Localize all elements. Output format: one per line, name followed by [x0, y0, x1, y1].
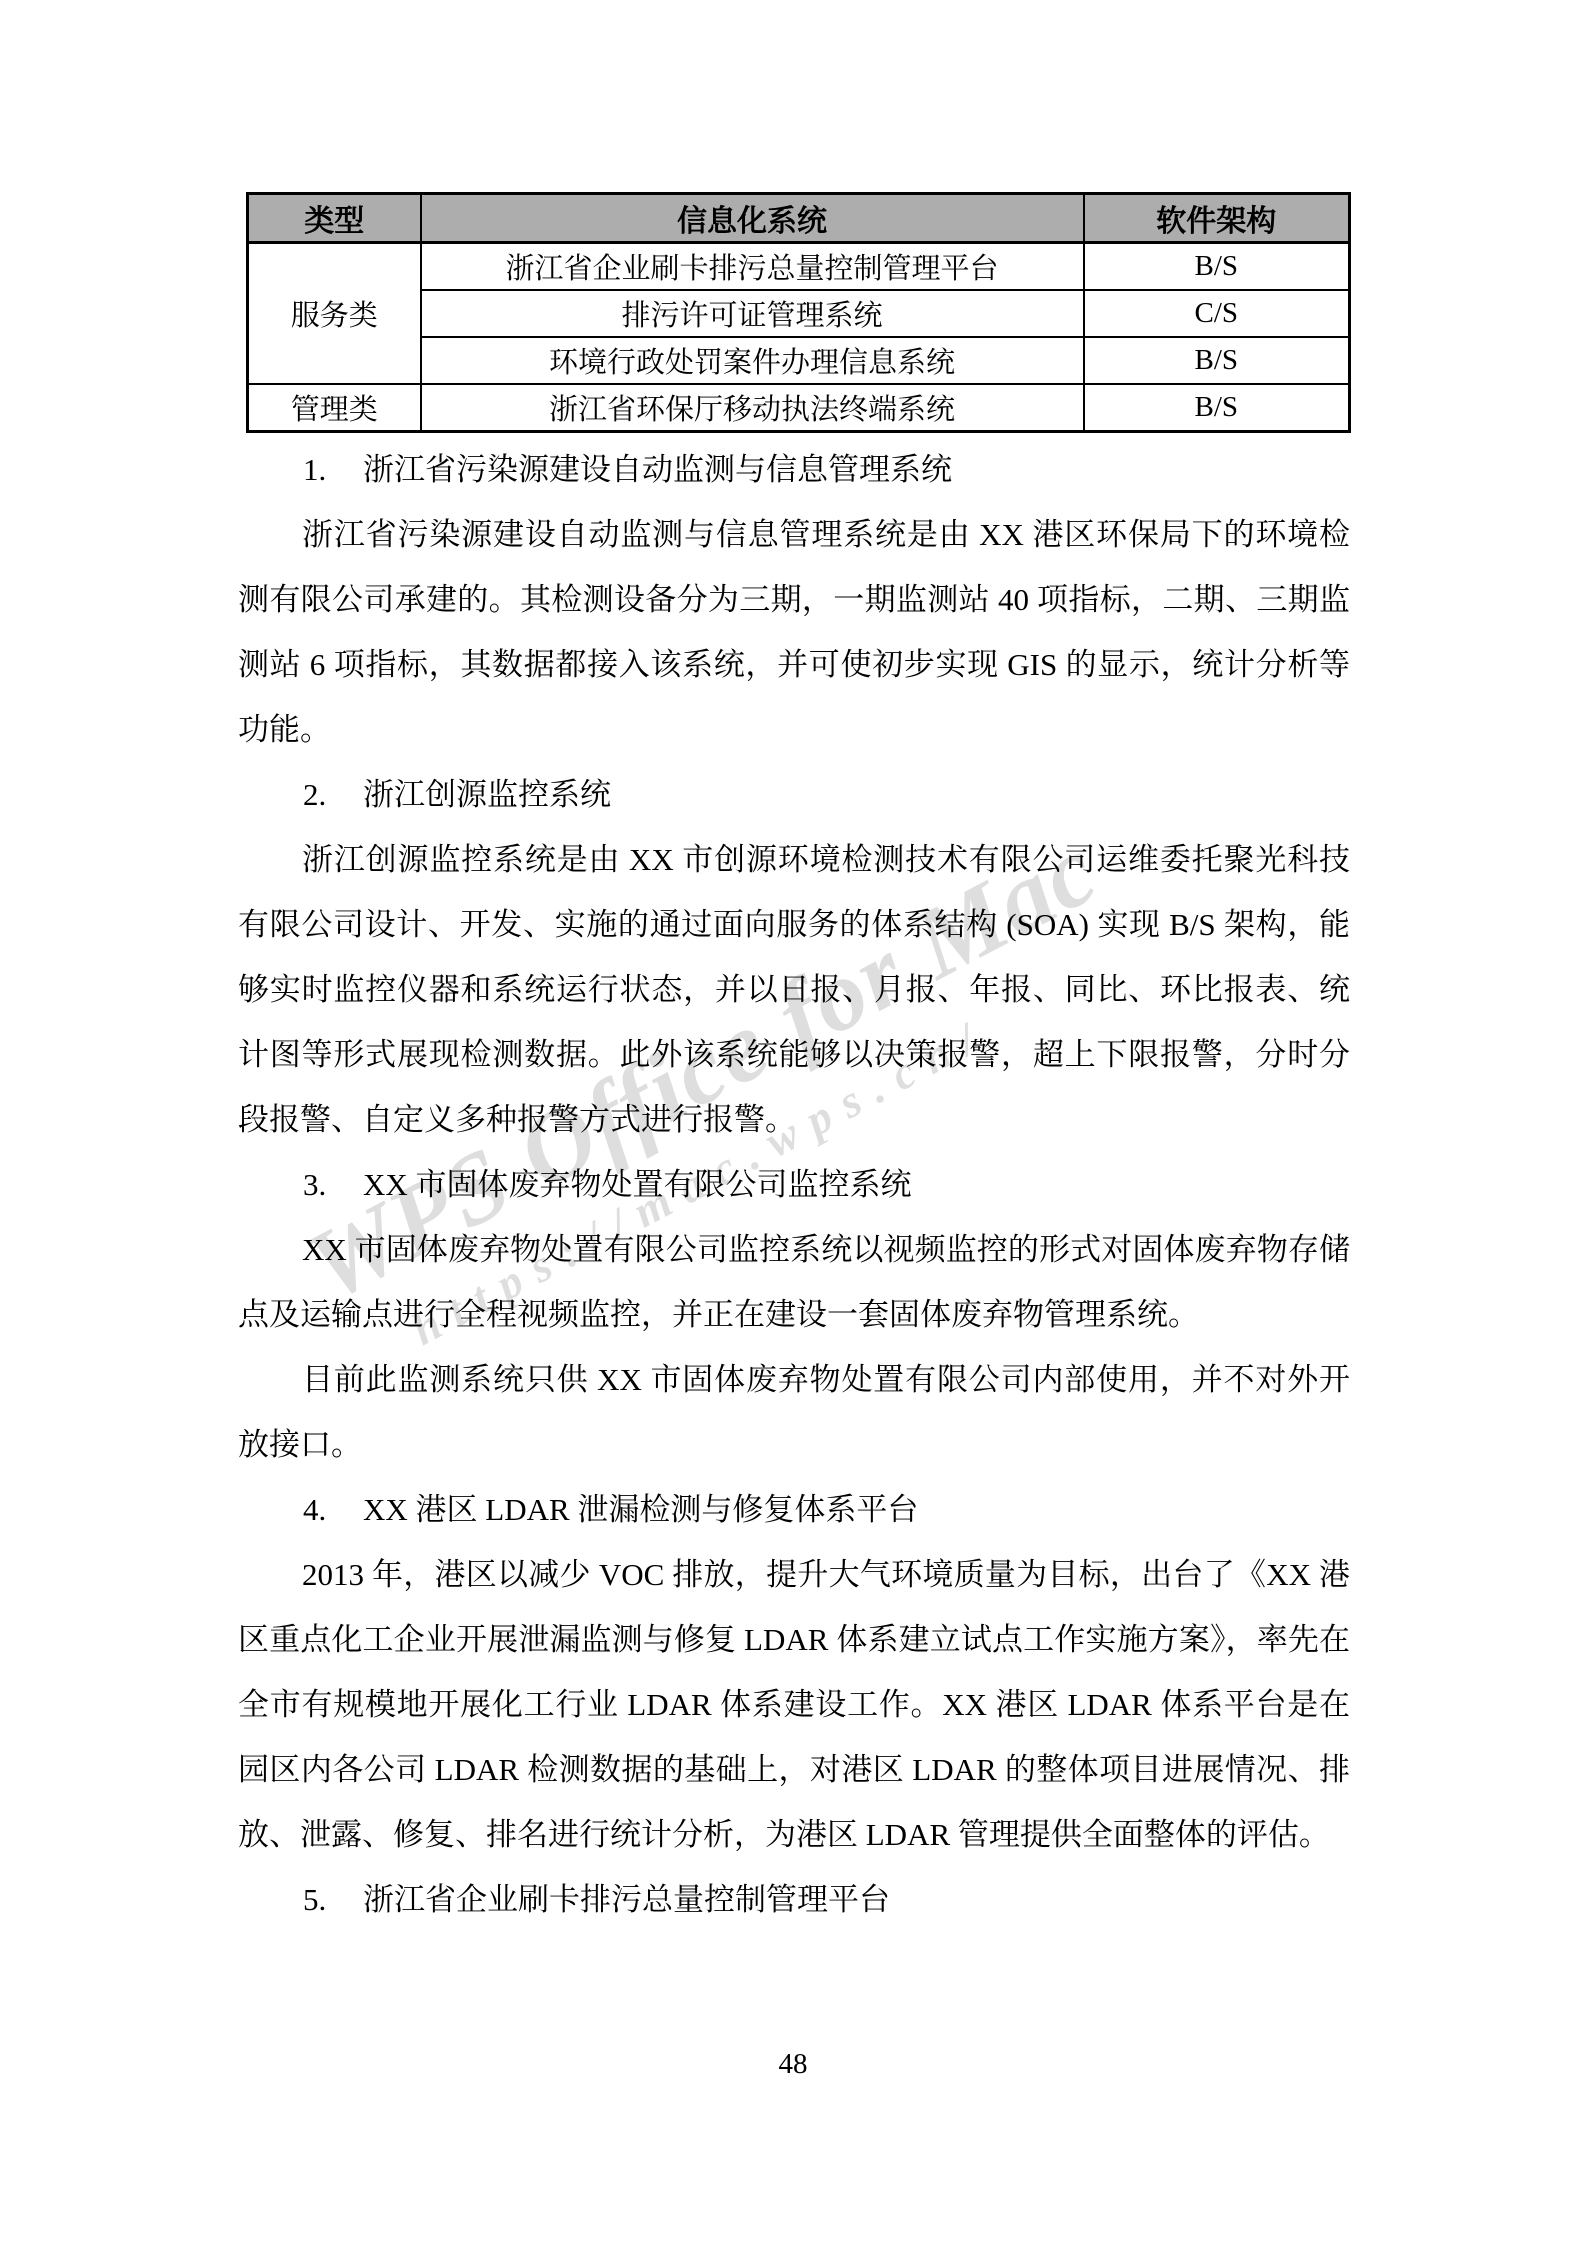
section-heading-4: 4.XX 港区 LDAR 泄漏检测与修复体系平台: [238, 1477, 1350, 1542]
cell-type-service: 服务类: [248, 243, 421, 385]
paragraph: 浙江创源监控系统是由 XX 市创源环境检测技术有限公司运维委托聚光科技有限公司设…: [238, 827, 1350, 1152]
document-body: 1.浙江省污染源建设自动监测与信息管理系统 浙江省污染源建设自动监测与信息管理系…: [238, 437, 1350, 1932]
cell-arch: B/S: [1084, 337, 1350, 384]
table-header-row: 类型 信息化系统 软件架构: [248, 194, 1350, 243]
page-number: 48: [0, 2048, 1586, 2081]
section-heading-5: 5.浙江省企业刷卡排污总量控制管理平台: [238, 1867, 1350, 1932]
section-title: XX 市固体废弃物处置有限公司监控系统: [363, 1167, 912, 1202]
section-title: 浙江省污染源建设自动监测与信息管理系统: [363, 452, 952, 487]
section-number: 4.: [303, 1477, 363, 1542]
table-header-system: 信息化系统: [421, 194, 1084, 243]
table-row: 管理类 浙江省环保厅移动执法终端系统 B/S: [248, 384, 1350, 432]
section-heading-3: 3.XX 市固体废弃物处置有限公司监控系统: [238, 1152, 1350, 1217]
section-heading-1: 1.浙江省污染源建设自动监测与信息管理系统: [238, 437, 1350, 502]
cell-type-manage: 管理类: [248, 384, 421, 432]
section-title: XX 港区 LDAR 泄漏检测与修复体系平台: [363, 1492, 918, 1527]
section-title: 浙江创源监控系统: [363, 777, 611, 812]
systems-table: 类型 信息化系统 软件架构 服务类 浙江省企业刷卡排污总量控制管理平台 B/S …: [246, 192, 1351, 433]
paragraph: 2013 年，港区以减少 VOC 排放，提升大气环境质量为目标，出台了《XX 港…: [238, 1542, 1350, 1867]
paragraph: 浙江省污染源建设自动监测与信息管理系统是由 XX 港区环保局下的环境检测有限公司…: [238, 502, 1350, 762]
cell-arch: B/S: [1084, 243, 1350, 291]
section-heading-2: 2.浙江创源监控系统: [238, 762, 1350, 827]
paragraph: 目前此监测系统只供 XX 市固体废弃物处置有限公司内部使用，并不对外开放接口。: [238, 1347, 1350, 1477]
cell-system: 环境行政处罚案件办理信息系统: [421, 337, 1084, 384]
section-number: 3.: [303, 1152, 363, 1217]
section-number: 1.: [303, 437, 363, 502]
section-title: 浙江省企业刷卡排污总量控制管理平台: [363, 1882, 890, 1917]
cell-arch: B/S: [1084, 384, 1350, 432]
cell-arch: C/S: [1084, 290, 1350, 337]
paragraph: XX 市固体废弃物处置有限公司监控系统以视频监控的形式对固体废弃物存储点及运输点…: [238, 1217, 1350, 1347]
table-header-type: 类型: [248, 194, 421, 243]
cell-system: 浙江省环保厅移动执法终端系统: [421, 384, 1084, 432]
section-number: 5.: [303, 1867, 363, 1932]
table-header-arch: 软件架构: [1084, 194, 1350, 243]
cell-system: 排污许可证管理系统: [421, 290, 1084, 337]
cell-system: 浙江省企业刷卡排污总量控制管理平台: [421, 243, 1084, 291]
table-row: 服务类 浙江省企业刷卡排污总量控制管理平台 B/S: [248, 243, 1350, 291]
section-number: 2.: [303, 762, 363, 827]
